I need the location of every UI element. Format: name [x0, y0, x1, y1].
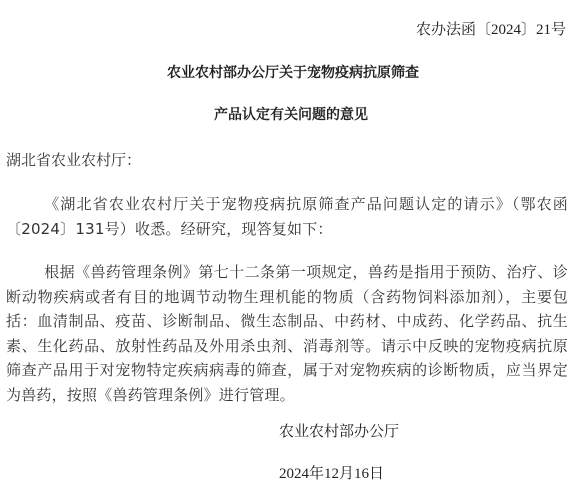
- body-paragraph-2: 根据《兽药管理条例》第七十二条第一项规定，兽药是指用于预防、治疗、诊断动物疾病或…: [6, 260, 568, 408]
- document-title-line-1: 农业农村部办公厅关于宠物疫病抗原筛查: [4, 63, 578, 83]
- addressee: 湖北省农业农村厅：: [6, 150, 141, 170]
- document-title-line-2: 产品认定有关问题的意见: [2, 105, 578, 125]
- body-paragraph-1: 《湖北省农业农村厅关于宠物疫病抗原筛查产品问题认定的请示》（鄂农函〔2024〕1…: [6, 192, 568, 241]
- official-document: 农办法函〔2024〕21号 农业农村部办公厅关于宠物疫病抗原筛查 产品认定有关问…: [0, 0, 578, 490]
- issue-date: 2024年12月16日: [279, 464, 384, 484]
- document-number: 农办法函〔2024〕21号: [416, 20, 566, 40]
- issuer-signature: 农业农村部办公厅: [279, 422, 399, 442]
